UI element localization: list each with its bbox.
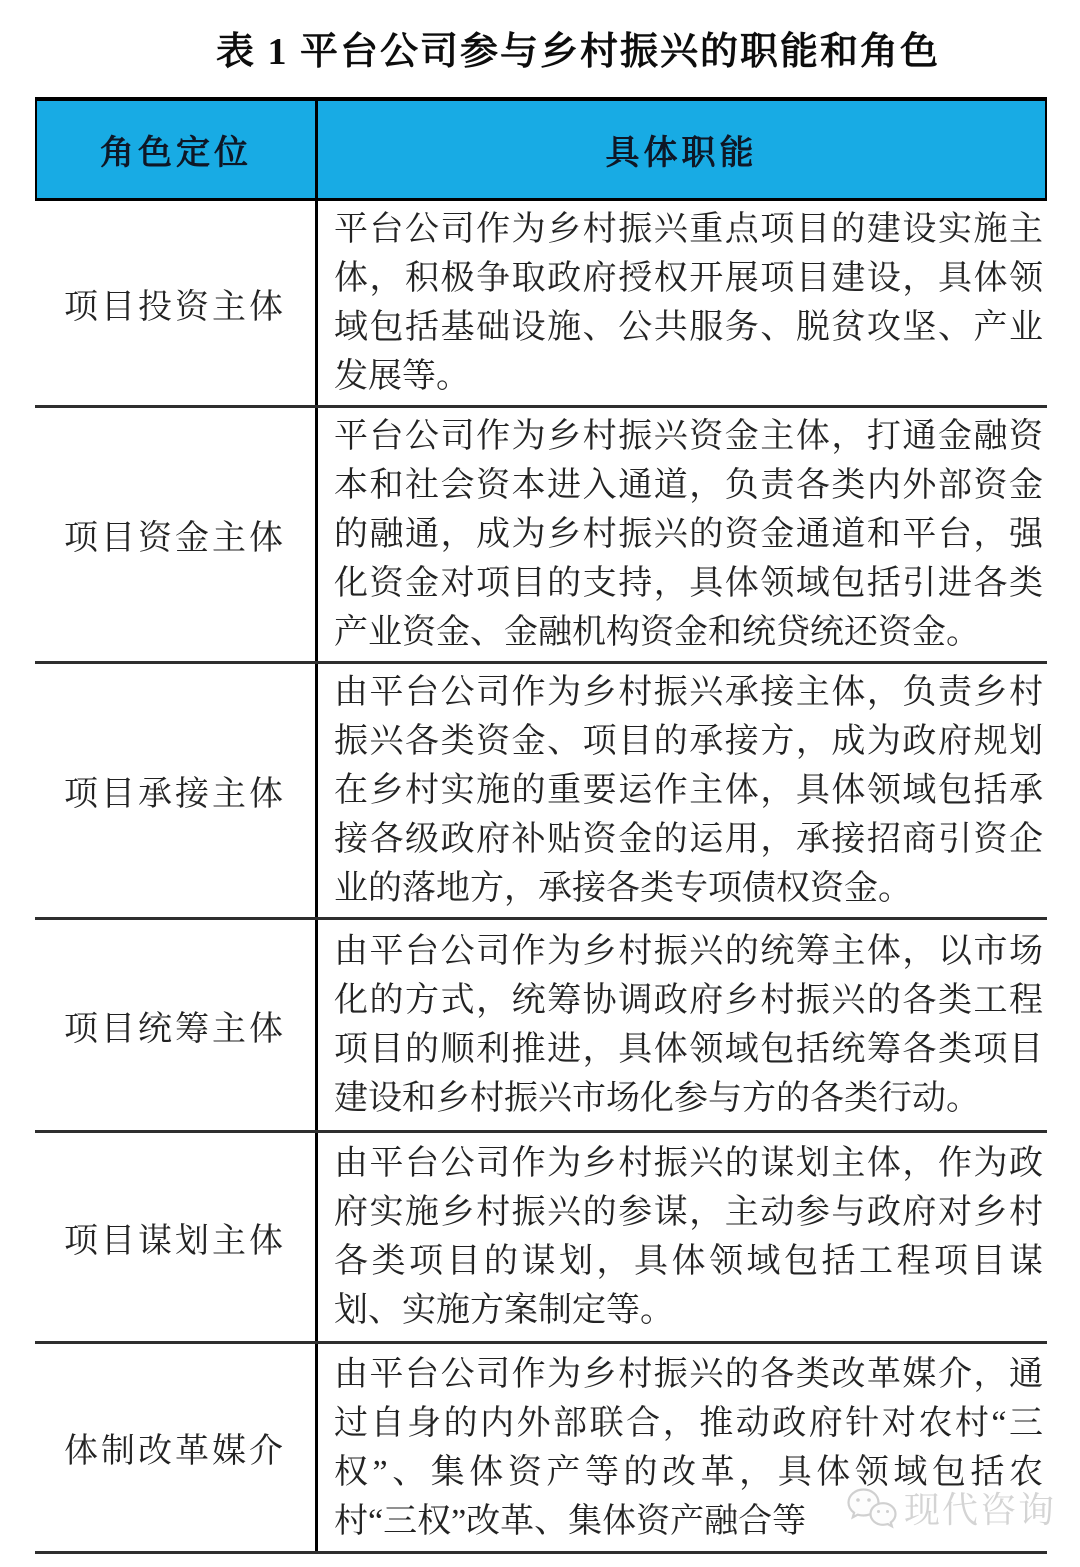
table-row: 项目谋划主体 由平台公司作为乡村振兴的谋划主体，作为政府实施乡村振兴的参谋，主动… xyxy=(35,1133,1047,1344)
role-cell: 项目统筹主体 xyxy=(35,920,318,1130)
page: 表 1 平台公司参与乡村振兴的职能和角色 角色定位 具体职能 项目投资主体 平台… xyxy=(0,0,1080,1567)
watermark: 现代咨询 xyxy=(844,1482,1056,1533)
header-cell-duty: 具体职能 xyxy=(318,101,1045,198)
duty-text: 由平台公司作为乡村振兴承接主体，负责乡村振兴各类资金、项目的承接方，成为政府规划… xyxy=(334,668,1043,913)
duty-cell: 由平台公司作为乡村振兴的统筹主体，以市场化的方式，统筹协调政府乡村振兴的各类工程… xyxy=(318,920,1047,1130)
role-cell: 项目资金主体 xyxy=(35,408,318,661)
duty-cell: 由平台公司作为乡村振兴的谋划主体，作为政府实施乡村振兴的参谋，主动参与政府对乡村… xyxy=(318,1133,1047,1341)
role-cell: 项目投资主体 xyxy=(35,201,318,405)
duty-cell: 平台公司作为乡村振兴资金主体，打通金融资本和社会资本进入通道，负责各类内外部资金… xyxy=(318,408,1047,661)
duty-text: 由平台公司作为乡村振兴的谋划主体，作为政府实施乡村振兴的参谋，主动参与政府对乡村… xyxy=(334,1139,1043,1335)
table-row: 项目承接主体 由平台公司作为乡村振兴承接主体，负责乡村振兴各类资金、项目的承接方… xyxy=(35,664,1047,920)
wechat-logo-icon xyxy=(844,1485,900,1531)
duty-cell: 由平台公司作为乡村振兴承接主体，负责乡村振兴各类资金、项目的承接方，成为政府规划… xyxy=(318,664,1047,917)
table-row: 项目统筹主体 由平台公司作为乡村振兴的统筹主体，以市场化的方式，统筹协调政府乡村… xyxy=(35,920,1047,1133)
role-cell: 体制改革媒介 xyxy=(35,1344,318,1551)
table-row: 项目资金主体 平台公司作为乡村振兴资金主体，打通金融资本和社会资本进入通道，负责… xyxy=(35,408,1047,664)
duty-text: 平台公司作为乡村振兴资金主体，打通金融资本和社会资本进入通道，负责各类内外部资金… xyxy=(334,412,1043,657)
table-row: 项目投资主体 平台公司作为乡村振兴重点项目的建设实施主体，积极争取政府授权开展项… xyxy=(35,201,1047,408)
duty-cell: 平台公司作为乡村振兴重点项目的建设实施主体，积极争取政府授权开展项目建设，具体领… xyxy=(318,201,1047,405)
watermark-label: 现代咨询 xyxy=(904,1482,1056,1533)
role-cell: 项目承接主体 xyxy=(35,664,318,917)
table-title: 表 1 平台公司参与乡村振兴的职能和角色 xyxy=(38,20,1080,75)
header-cell-role: 角色定位 xyxy=(37,101,318,198)
role-cell: 项目谋划主体 xyxy=(35,1133,318,1341)
roles-table: 角色定位 具体职能 项目投资主体 平台公司作为乡村振兴重点项目的建设实施主体，积… xyxy=(35,97,1047,1554)
table-header-row: 角色定位 具体职能 xyxy=(35,97,1047,201)
duty-text: 平台公司作为乡村振兴重点项目的建设实施主体，积极争取政府授权开展项目建设，具体领… xyxy=(334,205,1043,401)
duty-text: 由平台公司作为乡村振兴的统筹主体，以市场化的方式，统筹协调政府乡村振兴的各类工程… xyxy=(334,927,1043,1123)
